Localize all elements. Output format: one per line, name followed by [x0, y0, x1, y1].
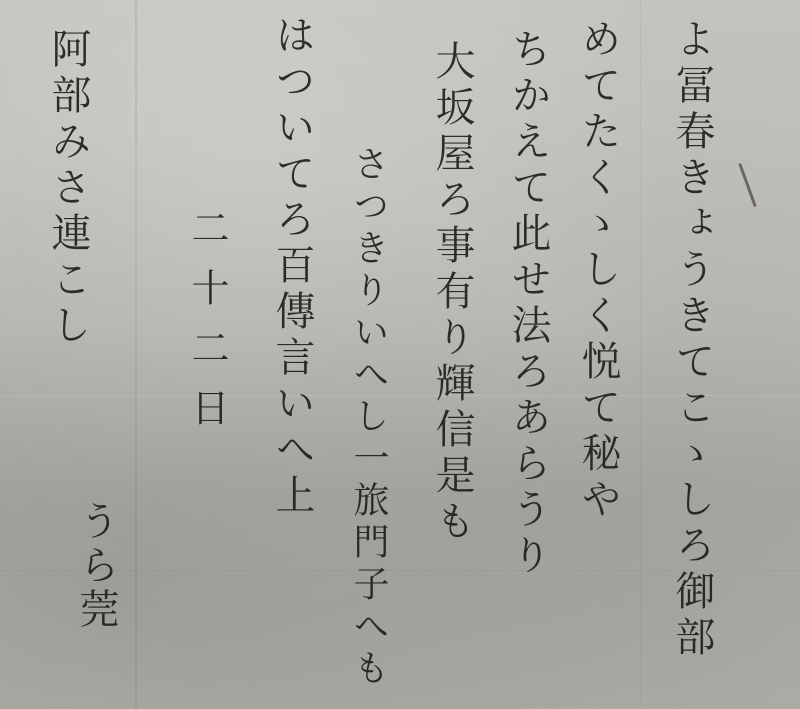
letter-signature: うら莞 [76, 500, 116, 632]
paper-fold-line [640, 0, 641, 709]
letter-date: 二十二日 [188, 208, 226, 448]
paper-fold-line [135, 0, 137, 709]
letter-addressee: 阿部みさ連こし [48, 28, 88, 350]
letter-column-6: はついてろ百傳言いへ上 [272, 14, 312, 520]
letter-column-5: さつきりいへし一旅門子へも [350, 145, 386, 691]
pencil-mark [738, 163, 757, 207]
letter-paper: よ冨春きょうきてこゝしろ御部 めてたくゝしく悦て秘や ちかえて此せ法ろあらうり … [0, 0, 800, 709]
letter-column-3: ちかえて此せ法ろあらうり [508, 28, 548, 580]
letter-column-4: 大坂屋ろ事有り輝信是も [432, 40, 472, 546]
letter-column-2: めてたくゝしく悦て秘や [578, 18, 618, 524]
letter-column-1: よ冨春きょうきてこゝしろ御部 [672, 18, 712, 662]
